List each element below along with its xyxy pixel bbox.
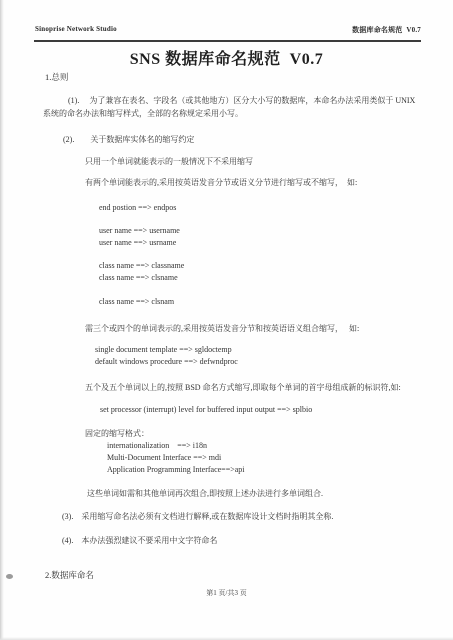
example-sgldoctemp: single document template ==> sgldoctemp: [95, 345, 232, 354]
item-2: (2). 关于数据库实体名的缩写约定: [63, 134, 194, 145]
example-clsname: class name ==> clsname: [99, 273, 178, 282]
rule-five-words: 五个及五个单词以上的,按照 BSD 命名方式缩写,即取每个单词的首字母组成新的标…: [85, 382, 401, 393]
fixed-abbreviation-heading: 固定的缩写格式：: [85, 428, 149, 439]
item-3: (3). 采用缩写命名法必须有文档进行解释,或在数据库设计文档时指明其全称.: [62, 511, 333, 522]
example-splbio: set processor (interrupt) level for buff…: [100, 405, 312, 414]
example-usrname: user name ==> usrname: [99, 238, 176, 247]
example-i18n: internationalization ==> i18n: [107, 441, 207, 450]
ink-smudge: [6, 574, 13, 579]
item-1-line-2: 系统的命名办法和缩写样式，全部的名称规定采用小写。: [43, 108, 243, 119]
item-1-line-1: (1). 为了兼容在表名、字段名（或其他地方）区分大小写的数据库，本命名办法采用…: [68, 95, 415, 106]
example-clsnam: class name ==> clsnam: [99, 297, 174, 306]
example-defwndproc: default windows procedure ==> defwndproc: [95, 357, 238, 366]
section-1-heading: 1.总则: [45, 71, 68, 83]
item-4: (4). 本办法强烈建议不要采用中文字符命名: [62, 535, 217, 546]
rule-single-word: 只用一个单词就能表示的一般情况下不采用缩写: [85, 156, 253, 167]
example-username: user name ==> username: [99, 226, 180, 235]
rule-three-four-words: 需三个或四个的单词表示的,采用按英语发音分节和按英语语义组合缩写， 如:: [85, 323, 359, 334]
page-number: 第1 页/共3 页: [0, 588, 453, 598]
example-mdi: Multi-Document Interface ==> mdi: [107, 453, 221, 462]
example-classname: class name ==> classname: [99, 261, 184, 270]
document-page: Sinoprise Network Studio 数据库命名规范 V0.7 SN…: [0, 0, 453, 640]
header-left-text: Sinoprise Network Studio: [35, 25, 117, 33]
example-endpos: end postion ==> endpos: [99, 203, 176, 212]
section-2-heading: 2.数据库命名: [45, 569, 94, 581]
document-title: SNS 数据库命名规范 V0.7: [0, 46, 453, 69]
example-api: Application Programming Interface==>api: [107, 465, 245, 474]
header-rule: [34, 40, 421, 42]
header-right-text: 数据库命名规范 V0.7: [352, 25, 421, 35]
rule-two-words: 有两个单词能表示的,采用按英语发音分节或语义分节进行缩写或不缩写， 如:: [85, 177, 357, 188]
rule-recombination: 这些单词如需和其他单词再次组合,即按照上述办法进行多单词组合.: [87, 488, 323, 499]
scan-left-edge-shadow: [0, 0, 4, 640]
